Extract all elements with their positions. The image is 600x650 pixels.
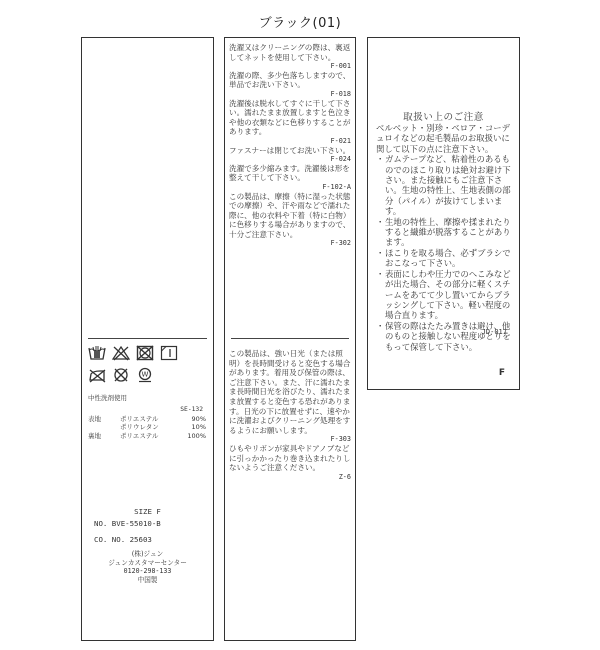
fabric-composition: 表地 ポリエステル 90% ポリウレタン 10% 裏地 ポリエステル 100% (88, 415, 206, 440)
instruction-code: F-303 (229, 435, 351, 444)
phone-number: 0120-298-133 (82, 567, 213, 576)
hand-wash-icon (88, 345, 106, 361)
instruction-text: 洗濯で多少縮みます。洗濯後は形を整えて干して下さい。 (229, 164, 351, 183)
country-of-origin: 中国製 (82, 576, 213, 585)
se-code: SE-132 (180, 406, 203, 413)
no-tumble-dry-icon (136, 345, 154, 361)
instruction-text: 洗濯後は脱水してすぐに干して下さい。濡れたまま放置しますと色泣きや他の衣類などに… (229, 99, 351, 137)
caution-item: ・ほこりを取る場合、必ずブラシでおこなって下さい。 (376, 248, 514, 269)
company-name: (株)ジュン (82, 550, 213, 559)
caution-heading: 取扱い上のご注意 (368, 109, 519, 123)
wet-clean-icon: W (136, 367, 154, 383)
svg-text:W: W (142, 371, 149, 379)
caution-intro: ベルベット・別珍・ベロア・コーデュロイなどの起毛製品のお取扱いに関して以下の点に… (376, 123, 514, 154)
size-text: SIZE F (82, 507, 213, 516)
size-mark: F (499, 368, 505, 378)
instruction-code: F-021 (229, 137, 351, 146)
handling-caution-label: 取扱い上のご注意 ベルベット・別珍・ベロア・コーデュロイなどの起毛製品のお取扱い… (367, 37, 520, 390)
detergent-note: 中性洗剤使用 (88, 393, 127, 402)
line-dry-icon (160, 345, 178, 361)
caution-item: ・保管の際はたたみ置きは避け、他のものと接触しない程度ゆとりをもって保管して下さ… (376, 321, 514, 352)
instruction-text: この製品は、強い日光（または照明）を長時間受けると変色する場合があります。着用及… (229, 349, 351, 435)
instructions-top: 洗濯又はクリーニングの際は、裏返してネットを使用して下さい。 F-001 洗濯の… (229, 43, 351, 248)
instruction-text: この製品は、摩擦（特に湿った状態での摩擦）や、汗や雨などで濡れた際に、他の衣料や… (229, 192, 351, 240)
care-label-instructions: 洗濯又はクリーニングの際は、裏返してネットを使用して下さい。 F-001 洗濯の… (224, 37, 356, 641)
label-divider (88, 338, 207, 339)
no-dry-clean-icon (112, 367, 130, 383)
instruction-code: Z-6 (229, 473, 351, 482)
fabric-row: 裏地 ポリエステル 100% (88, 432, 206, 440)
instruction-text: 洗濯の際、多少色落ちしますので、単品でお洗い下さい。 (229, 71, 351, 90)
caution-code: JD-017 (482, 328, 507, 336)
instruction-code: F-018 (229, 90, 351, 99)
instructions-bottom: この製品は、強い日光（または照明）を長時間受けると変色する場合があります。着用及… (229, 349, 351, 481)
caution-body: ベルベット・別珍・ベロア・コーデュロイなどの起毛製品のお取扱いに関して以下の点に… (376, 123, 514, 352)
product-number: NO. BVE-55010-B (94, 519, 161, 528)
company-info: (株)ジュン ジュンカスタマーセンター 0120-298-133 中国製 (82, 550, 213, 584)
instruction-text: ひもやリボンが家具やドアノブなどに引っかかったり巻き込まれたりしないようご注意く… (229, 444, 351, 473)
no-bleach-icon (112, 345, 130, 361)
instruction-code: F-302 (229, 239, 351, 248)
instruction-text: 洗濯又はクリーニングの際は、裏返してネットを使用して下さい。 (229, 43, 351, 62)
instruction-code: F-024 (229, 155, 351, 164)
no-iron-icon (88, 367, 106, 383)
caution-item: ・表面にしわや圧力でのへこみなどが出た場合、その部分に軽くスチームをあてて少し置… (376, 269, 514, 321)
care-label-main: W 中性洗剤使用 SE-132 表地 ポリエステル 90% ポリウレタン 10%… (81, 37, 214, 641)
instruction-code: F-001 (229, 62, 351, 71)
co-number: CO. NO. 25603 (94, 535, 152, 544)
caution-item: ・ガムテープなど、粘着性のあるものでのほこり取りは絶対お避け下さい。また接触にも… (376, 154, 514, 216)
care-symbols: W (88, 345, 208, 389)
caution-item: ・生地の特性上、摩擦や揉まれたりすると繊維が脱落することがあります。 (376, 217, 514, 248)
instruction-text: ファスナーは閉じてお洗い下さい。 (229, 146, 351, 156)
color-title: ブラック(01) (0, 12, 600, 31)
customer-center: ジュンカスタマーセンター (82, 559, 213, 568)
instruction-code: F-102-A (229, 183, 351, 192)
fabric-row: ポリウレタン 10% (88, 423, 206, 431)
label-divider (231, 338, 349, 339)
